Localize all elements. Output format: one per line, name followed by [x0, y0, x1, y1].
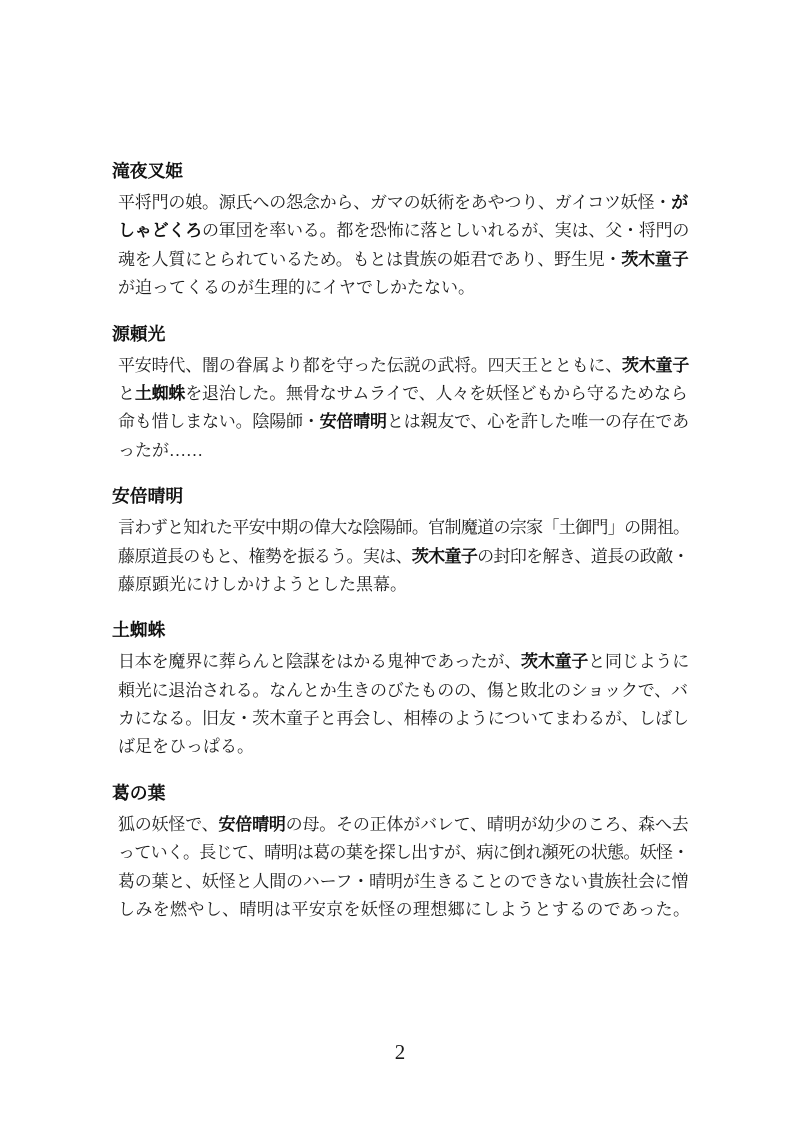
text-segment: 藤原顕光にけしかけようとした黒幕。: [118, 575, 407, 594]
section-heading: 安倍晴明: [112, 485, 800, 507]
text-line: ば足をひっぱる。: [118, 733, 690, 761]
section-heading: 源頼光: [112, 323, 800, 345]
text-segment: の封印を解き、道長の政敵・: [477, 547, 689, 566]
text-segment: 狐の妖怪で、: [118, 815, 218, 834]
section-paragraph: 平将門の娘。源氏への怨念から、ガマの妖術をあやつり、ガイコツ妖怪・がしゃどくろの…: [118, 189, 690, 303]
section-heading: 土蜘蛛: [112, 619, 800, 641]
bold-term: 茨木童子: [621, 250, 688, 269]
character-section: 源頼光平安時代、闇の眷属より都を守った伝説の武将。四天王とともに、茨木童子と土蜘…: [112, 323, 800, 466]
text-line: 狐の妖怪で、安倍晴明の母。その正体がバレて、晴明が幼少のころ、森へ去: [118, 811, 690, 839]
text-segment: 魂を人質にとられているため。もとは貴族の姫君であり、野生児・: [118, 250, 621, 269]
text-segment: 葛の葉と、妖怪と人間のハーフ・晴明が生きることのできない貴族社会に憎: [118, 872, 688, 891]
section-paragraph: 日本を魔界に葬らんと陰謀をはかる鬼神であったが、茨木童子と同じように頼光に退治さ…: [118, 648, 690, 762]
text-line: カになる。旧友・茨木童子と再会し、相棒のようについてまわるが、しばし: [118, 705, 690, 733]
text-line: 魂を人質にとられているため。もとは貴族の姫君であり、野生児・茨木童子: [118, 246, 690, 274]
page-number: 2: [0, 1042, 800, 1063]
text-segment: 平将門の娘。源氏への怨念から、ガマの妖術をあやつり、ガイコツ妖怪・: [118, 193, 671, 212]
bold-term: 茨木童子: [521, 652, 588, 671]
character-section: 葛の葉狐の妖怪で、安倍晴明の母。その正体がバレて、晴明が幼少のころ、森へ去ってい…: [112, 782, 800, 925]
text-line: 藤原道長のもと、権勢を振るう。実は、茨木童子の封印を解き、道長の政敵・: [118, 543, 690, 571]
text-segment: 命も惜しまない。陰陽師・: [118, 412, 320, 431]
text-line: しゃどくろの軍団を率いる。都を恐怖に落としいれるが、実は、父・将門の: [118, 217, 690, 245]
section-paragraph: 言わずと知れた平安中期の偉大な陰陽師。官制魔道の宗家「土御門」の開祖。藤原道長の…: [118, 514, 690, 599]
bold-term: しゃどくろ: [118, 221, 202, 240]
text-segment: 言わずと知れた平安中期の偉大な陰陽師。官制魔道の宗家「土御門」の開祖。: [118, 518, 689, 537]
text-segment: の軍団を率いる。都を恐怖に落としいれるが、実は、父・将門の: [202, 221, 689, 240]
section-heading: 葛の葉: [112, 782, 800, 804]
text-segment: 頼光に退治される。なんとか生きのびたものの、傷と敗北のショックで、バ: [118, 681, 688, 700]
bold-term: 安倍晴明: [320, 412, 387, 431]
text-segment: 藤原道長のもと、権勢を振るう。実は、: [118, 547, 412, 566]
text-segment: しみを燃やし、晴明は平安京を妖怪の理想郷にしようとするのであった。: [118, 900, 690, 919]
bold-term: が: [671, 193, 688, 212]
section-heading: 滝夜叉姫: [112, 160, 800, 182]
text-line: と土蜘蛛を退治した。無骨なサムライで、人々を妖怪どもから守るためなら: [118, 380, 690, 408]
text-line: っていく。長じて、晴明は葛の葉を探し出すが、病に倒れ瀕死の状態。妖怪・: [118, 839, 690, 867]
text-line: 藤原顕光にけしかけようとした黒幕。: [118, 571, 690, 599]
text-segment: が迫ってくるのが生理的にイヤでしかたない。: [118, 278, 475, 297]
text-segment: と同じように: [588, 652, 689, 671]
text-segment: ば足をひっぱる。: [118, 737, 254, 756]
section-paragraph: 狐の妖怪で、安倍晴明の母。その正体がバレて、晴明が幼少のころ、森へ去っていく。長…: [118, 811, 690, 925]
text-segment: 日本を魔界に葬らんと陰謀をはかる鬼神であったが、: [118, 652, 521, 671]
text-segment: っていく。長じて、晴明は葛の葉を探し出すが、病に倒れ瀕死の状態。妖怪・: [118, 843, 689, 862]
section-paragraph: 平安時代、闇の眷属より都を守った伝説の武将。四天王とともに、茨木童子と土蜘蛛を退…: [118, 352, 690, 466]
text-segment: カになる。旧友・茨木童子と再会し、相棒のようについてまわるが、しばし: [118, 709, 689, 728]
character-section: 滝夜叉姫平将門の娘。源氏への怨念から、ガマの妖術をあやつり、ガイコツ妖怪・がしゃ…: [112, 160, 800, 303]
text-line: 平安時代、闇の眷属より都を守った伝説の武将。四天王とともに、茨木童子: [118, 352, 690, 380]
bold-term: 土蜘蛛: [135, 384, 185, 403]
text-segment: の母。その正体がバレて、晴明が幼少のころ、森へ去: [286, 815, 689, 834]
text-line: 葛の葉と、妖怪と人間のハーフ・晴明が生きることのできない貴族社会に憎: [118, 868, 690, 896]
text-segment: ったが……: [118, 441, 203, 460]
document-page: 滝夜叉姫平将門の娘。源氏への怨念から、ガマの妖術をあやつり、ガイコツ妖怪・がしゃ…: [0, 0, 800, 1131]
text-line: が迫ってくるのが生理的にイヤでしかたない。: [118, 274, 690, 302]
text-line: ったが……: [118, 437, 690, 465]
bold-term: 茨木童子: [622, 356, 689, 375]
text-segment: 平安時代、闇の眷属より都を守った伝説の武将。四天王とともに、: [118, 356, 622, 375]
character-section: 土蜘蛛日本を魔界に葬らんと陰謀をはかる鬼神であったが、茨木童子と同じように頼光に…: [112, 619, 800, 762]
text-segment: を退治した。無骨なサムライで、人々を妖怪どもから守るためなら: [185, 384, 687, 403]
text-line: 言わずと知れた平安中期の偉大な陰陽師。官制魔道の宗家「土御門」の開祖。: [118, 514, 690, 542]
text-line: しみを燃やし、晴明は平安京を妖怪の理想郷にしようとするのであった。: [118, 896, 690, 924]
bold-term: 安倍晴明: [218, 815, 285, 834]
text-line: 日本を魔界に葬らんと陰謀をはかる鬼神であったが、茨木童子と同じように: [118, 648, 690, 676]
bold-term: 茨木童子: [412, 547, 477, 566]
document-content: 滝夜叉姫平将門の娘。源氏への怨念から、ガマの妖術をあやつり、ガイコツ妖怪・がしゃ…: [0, 0, 800, 924]
text-line: 命も惜しまない。陰陽師・安倍晴明とは親友で、心を許した唯一の存在であ: [118, 408, 690, 436]
character-section: 安倍晴明言わずと知れた平安中期の偉大な陰陽師。官制魔道の宗家「土御門」の開祖。藤…: [112, 485, 800, 599]
text-segment: と: [118, 384, 135, 403]
text-line: 頼光に退治される。なんとか生きのびたものの、傷と敗北のショックで、バ: [118, 677, 690, 705]
text-line: 平将門の娘。源氏への怨念から、ガマの妖術をあやつり、ガイコツ妖怪・が: [118, 189, 690, 217]
text-segment: とは親友で、心を許した唯一の存在であ: [387, 412, 689, 431]
